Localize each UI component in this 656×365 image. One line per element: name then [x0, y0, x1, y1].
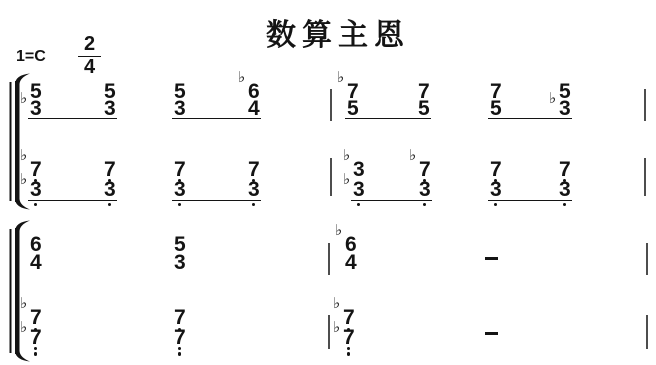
barline: [330, 158, 332, 196]
octave-dot: [423, 203, 426, 206]
note-number: 3: [174, 179, 186, 200]
beam-line: [172, 200, 261, 202]
octave-dot: [178, 347, 181, 350]
beam-line: [488, 200, 572, 202]
note-number: 3: [104, 98, 116, 119]
note-number: 3: [248, 179, 260, 200]
note-number: 3: [353, 159, 365, 180]
sheet-music-page: 1=C 2 4 数算主恩 53♭53536♭47♭5757553♭7♭3♭737…: [0, 0, 656, 365]
barline: [328, 315, 330, 349]
note-number: 3: [559, 98, 571, 119]
flat-icon: ♭: [549, 91, 556, 106]
flat-icon: ♭: [333, 296, 340, 311]
note-number: 3: [559, 179, 571, 200]
octave-dot: [34, 203, 37, 206]
barline: [646, 315, 648, 349]
note-number: 7: [559, 159, 571, 180]
octave-dot: [347, 352, 350, 355]
beam-line: [172, 118, 261, 120]
octave-dot: [178, 352, 181, 355]
note-number: 7: [174, 307, 186, 328]
barline: [330, 89, 332, 121]
octave-dot: [34, 352, 37, 355]
note-number: 7: [174, 327, 186, 348]
octave-dot: [347, 347, 350, 350]
note-number: 7: [104, 159, 116, 180]
flat-icon: ♭: [238, 70, 245, 85]
note-number: 7: [490, 159, 502, 180]
note-number: 5: [490, 98, 502, 119]
barline: [646, 243, 648, 275]
note-number: 3: [174, 98, 186, 119]
beam-line: [345, 118, 431, 120]
note-number: 3: [353, 179, 365, 200]
note-number: 3: [490, 179, 502, 200]
note-number: 5: [347, 98, 359, 119]
note-number: 7: [343, 307, 355, 328]
note-number: 4: [248, 98, 260, 119]
beam-line: [488, 118, 572, 120]
note-number: 7: [174, 159, 186, 180]
note-number: 7: [248, 159, 260, 180]
octave-dot: [563, 203, 566, 206]
flat-icon: ♭: [337, 70, 344, 85]
flat-icon: ♭: [343, 148, 350, 163]
octave-dot: [357, 203, 360, 206]
octave-dot: [34, 347, 37, 350]
flat-icon: ♭: [333, 320, 340, 335]
flat-icon: ♭: [343, 172, 350, 187]
barline: [328, 243, 330, 275]
note-number: 4: [345, 252, 357, 273]
grand-staff-bracket: [9, 73, 33, 210]
octave-dot: [494, 203, 497, 206]
flat-icon: ♭: [409, 148, 416, 163]
barline: [644, 89, 646, 121]
beam-line: [351, 200, 432, 202]
half-note-dash: [485, 257, 498, 260]
octave-dot: [178, 203, 181, 206]
note-number: 3: [174, 252, 186, 273]
note-number: 3: [419, 179, 431, 200]
beam-line: [28, 118, 117, 120]
note-number: 3: [104, 179, 116, 200]
note-number: 5: [418, 98, 430, 119]
half-note-dash: [485, 332, 498, 335]
note-number: 7: [343, 327, 355, 348]
flat-icon: ♭: [335, 223, 342, 238]
barline: [644, 158, 646, 196]
grand-staff-bracket: [9, 220, 33, 362]
score-canvas: 53♭53536♭47♭5757553♭7♭3♭7373733♭3♭7♭3737…: [0, 0, 656, 365]
octave-dot: [252, 203, 255, 206]
note-number: 7: [419, 159, 431, 180]
beam-line: [28, 200, 117, 202]
octave-dot: [108, 203, 111, 206]
